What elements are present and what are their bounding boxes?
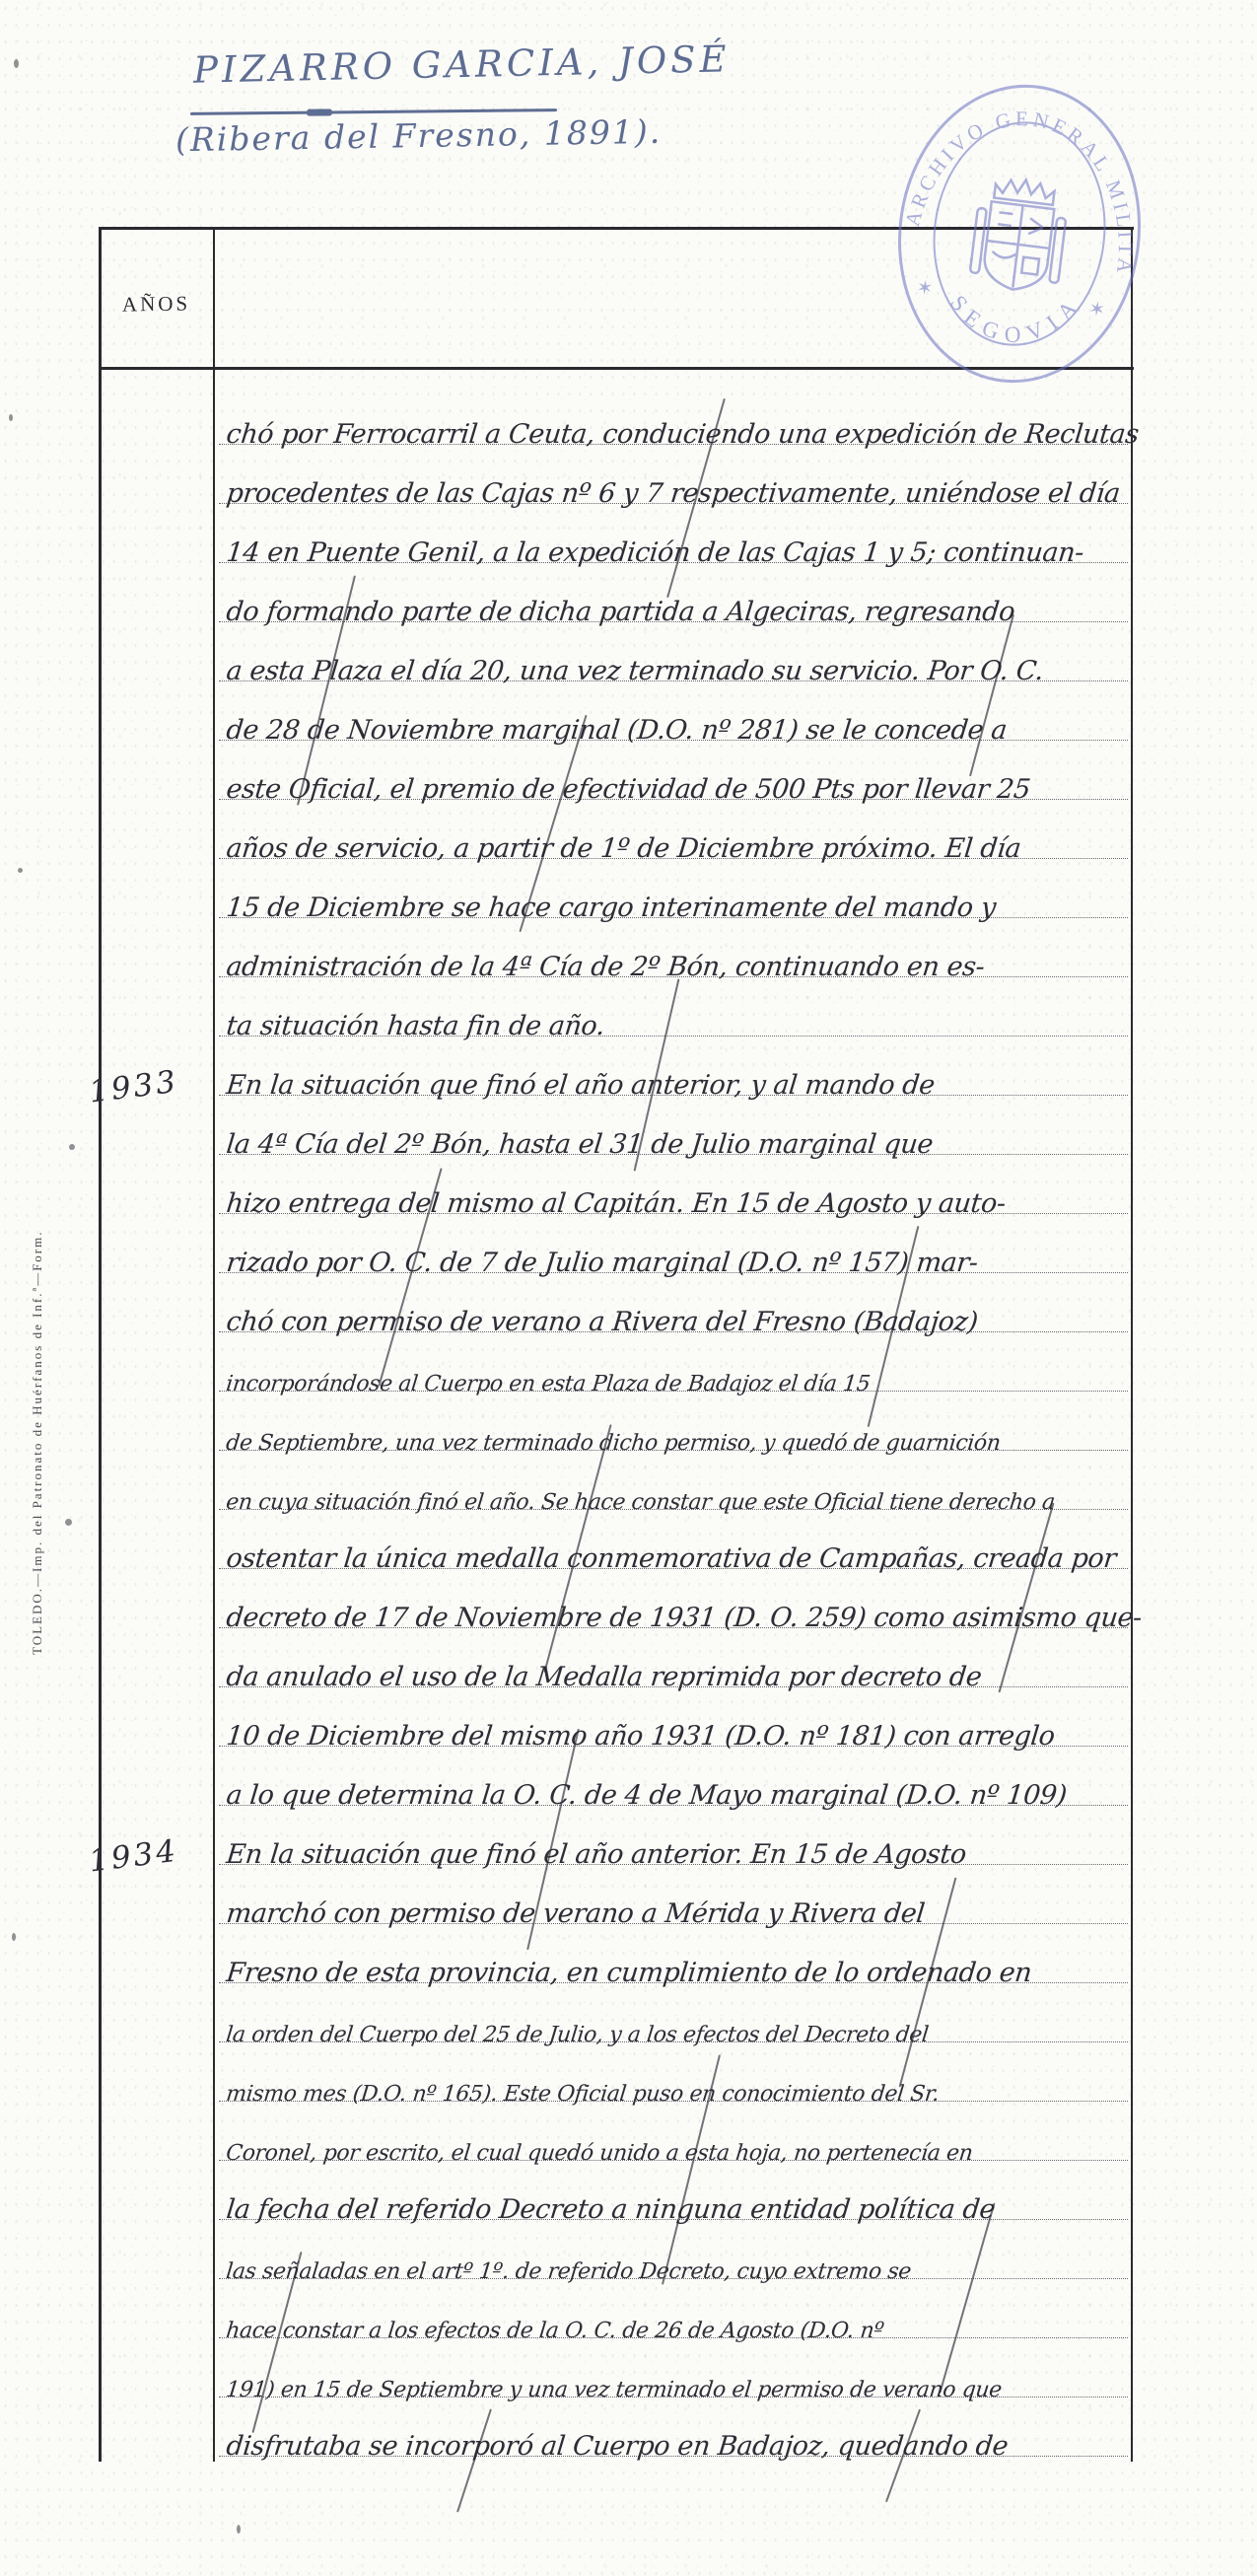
header-name: PIZARRO GARCIA, JOSÉ: [193, 37, 731, 91]
table-left-border: [99, 227, 102, 2462]
record-line: la 4ª Cía del 2º Bón, hasta el 31 de Jul…: [219, 1096, 1128, 1155]
record-line: ostentar la única medalla conmemorativa …: [219, 1510, 1128, 1569]
record-line: do formando parte de dicha partida a Alg…: [219, 563, 1128, 622]
record-line: este Oficial, el premio de efectividad d…: [219, 741, 1128, 800]
record-line: marchó con permiso de verano a Mérida y …: [219, 1865, 1128, 1924]
record-line: en cuya situación finó el año. Se hace c…: [219, 1451, 1128, 1510]
record-line: hace constar a los efectos de la O. C. d…: [219, 2279, 1128, 2338]
record-line: Fresno de esta provincia, en cumplimient…: [219, 1924, 1128, 1983]
printer-imprint: TOLEDO.—Imp. del Patronato de Huérfanos …: [30, 1034, 45, 1655]
record-line: de Septiembre, una vez terminado dicho p…: [219, 1392, 1128, 1451]
record-lines: chó por Ferrocarril a Ceuta, conduciendo…: [219, 386, 1128, 2457]
stamp-star-left-icon: ✶: [915, 275, 935, 301]
stamp-coat-of-arms-icon: [968, 175, 1070, 295]
record-line: 191) en 15 de Septiembre y una vez termi…: [219, 2338, 1128, 2397]
stamp-star-right-icon: ✶: [1087, 296, 1107, 322]
record-line: da anulado el uso de la Medalla reprimid…: [219, 1628, 1128, 1687]
record-line: 15 de Diciembre se hace cargo interiname…: [219, 859, 1128, 918]
record-line: las señaladas en el artº 1º. de referido…: [219, 2220, 1128, 2279]
record-line: procedentes de las Cajas nº 6 y 7 respec…: [219, 445, 1128, 504]
record-line: hizo entrega del mismo al Capitán. En 15…: [219, 1155, 1128, 1214]
record-line: Coronel, por escrito, el cual quedó unid…: [219, 2102, 1128, 2161]
record-line: la orden del Cuerpo del 25 de Julio, y a…: [219, 1983, 1128, 2042]
record-line: la fecha del referido Decreto a ninguna …: [219, 2161, 1128, 2220]
header-birth-note: (Ribera del Fresno, 1891).: [175, 112, 663, 160]
record-line: a lo que determina la O. C. de 4 de Mayo…: [219, 1747, 1128, 1806]
record-line: 14 en Puente Genil, a la expedición de l…: [219, 504, 1128, 563]
record-line-text: disfrutaba se incorporó al Cuerpo en Bad…: [225, 2431, 1010, 2462]
stamp-bottom-text-holder: SEGOVIA: [942, 275, 1089, 357]
record-line: rizado por O. C. de 7 de Julio marginal …: [219, 1214, 1128, 1273]
year-label: 1933: [87, 1059, 214, 1109]
record-line: años de servicio, a partir de 1º de Dici…: [219, 800, 1128, 859]
stamp-bottom-text: SEGOVIA: [942, 275, 1089, 357]
record-line: mismo mes (D.O. nº 165). Este Oficial pu…: [219, 2042, 1128, 2102]
record-line: incorporándose al Cuerpo en esta Plaza d…: [219, 1332, 1128, 1392]
record-line: 1934En la situación que finó el año ante…: [219, 1806, 1128, 1865]
record-line: disfrutaba se incorporó al Cuerpo en Bad…: [219, 2397, 1128, 2457]
record-line: chó por Ferrocarril a Ceuta, conduciendo…: [219, 386, 1128, 445]
archive-stamp: ARCHIVO GENERAL MILITAR SEGOVIA ✶ ✶: [874, 62, 1165, 404]
scanned-service-record-page: PIZARRO GARCIA, JOSÉ (Ribera del Fresno,…: [0, 0, 1257, 2576]
record-line: administración de la 4ª Cía de 2º Bón, c…: [219, 918, 1128, 977]
record-line: decreto de 17 de Noviembre de 1931 (D. O…: [219, 1569, 1128, 1628]
record-line: ta situación hasta fin de año.: [219, 977, 1128, 1037]
years-column-header: AÑOS: [99, 291, 214, 318]
year-label: 1934: [87, 1828, 214, 1879]
record-line: chó con permiso de verano a Rivera del F…: [219, 1273, 1128, 1332]
record-line: de 28 de Noviembre marginal (D.O. nº 281…: [219, 681, 1128, 741]
record-line: 10 de Diciembre del mismo año 1931 (D.O.…: [219, 1687, 1128, 1747]
record-line: a esta Plaza el día 20, una vez terminad…: [219, 622, 1128, 681]
table-right-border: [1131, 227, 1133, 2462]
table-column-divider: [213, 227, 215, 2462]
record-line: 1933En la situación que finó el año ante…: [219, 1037, 1128, 1096]
